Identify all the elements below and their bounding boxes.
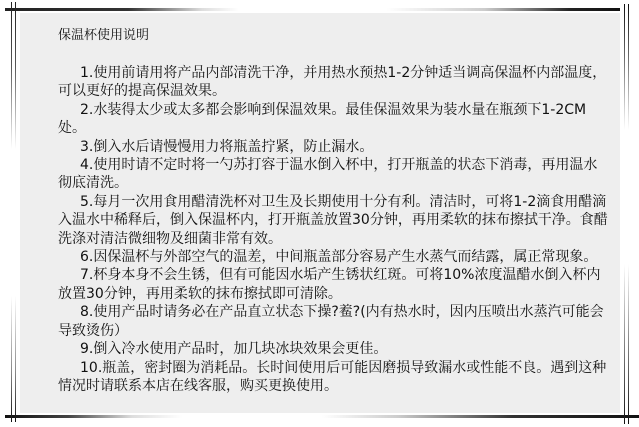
frame-left-line-outer [11,2,12,422]
instruction-item-1: 1.使用前请用将产品内部清洗干净，并用热水预热1-2分钟适当调高保温杯内部温度，… [58,64,610,101]
instruction-item-7: 7.杯身本身不会生锈，但有可能因水垢产生锈状红斑。可将10%浓度温醋水倒入杯内放… [58,266,610,303]
instruction-item-2: 2.水装得太少或太多都会影响到保温效果。最佳保温效果为装水量在瓶颈下1-2CM处… [58,101,610,138]
instruction-item-9: 9.倒入冷水使用产品时，加几块冰块效果会更佳。 [58,340,610,358]
document-title: 保温杯使用说明 [58,27,149,45]
frame-right-line-outer [628,4,629,424]
instruction-item-3: 3.倒入水后请慢慢用力将瓶盖拧紧，防止漏水。 [58,138,610,156]
instruction-item-8: 8.使用产品时请务必在产品直立状态下操?鲝?(内有热水时，因内压喷出水蒸汽可能会… [58,303,610,340]
frame-right-line-inner [624,4,625,424]
instructions-body: 1.使用前请用将产品内部清洗干净，并用热水预热1-2分钟适当调高保温杯内部温度，… [58,64,610,395]
instruction-item-6: 6.因保温杯与外部空气的温差，中间瓶盖部分容易产生水蒸气而结露，属正常现象。 [58,248,610,266]
instruction-item-10: 10.瓶盖，密封圈为消耗品。长时间使用后可能因磨损导致漏水或性能不良。遇到这种情… [58,359,610,396]
instructions-panel: 保温杯使用说明 1.使用前请用将产品内部清洗干净，并用热水预热1-2分钟适当调高… [20,13,620,413]
frame-left-line-inner [15,2,16,422]
frame-bottom-line [5,415,639,418]
instruction-item-5: 5.每月一次用食用醋清洗杯对卫生及长期使用十分有利。清洁时，可将1-2滴食用醋滴… [58,193,610,248]
instruction-item-4: 4.使用时请不定时将一勺苏打容于温水倒入杯中，打开瓶盖的状态下消毒，再用温水彻底… [58,156,610,193]
frame-top-line [5,8,620,11]
